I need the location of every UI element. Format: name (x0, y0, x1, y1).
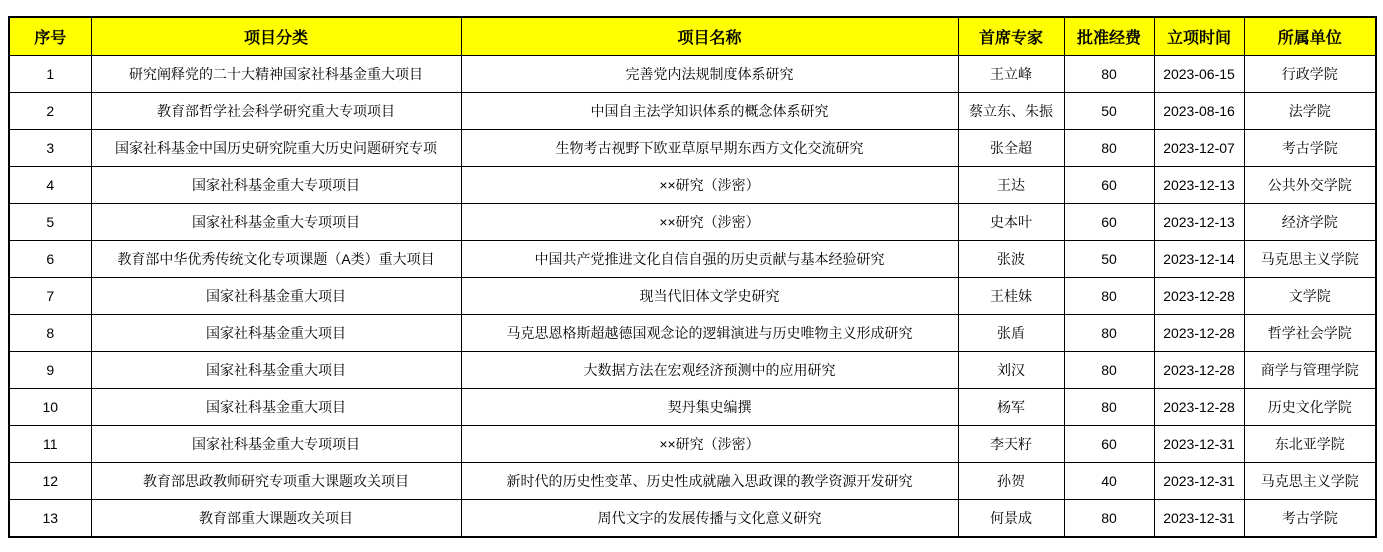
cell-category: 国家社科基金中国历史研究院重大历史问题研究专项 (91, 130, 461, 167)
table-body: 1研究阐释党的二十大精神国家社科基金重大项目完善党内法规制度体系研究王立峰802… (9, 56, 1376, 538)
cell-category: 国家社科基金重大专项项目 (91, 204, 461, 241)
cell-expert: 何景成 (958, 500, 1064, 538)
cell-name: 中国共产党推进文化自信自强的历史贡献与基本经验研究 (461, 241, 958, 278)
cell-category: 研究阐释党的二十大精神国家社科基金重大项目 (91, 56, 461, 93)
cell-expert: 张盾 (958, 315, 1064, 352)
table-row: 6教育部中华优秀传统文化专项课题（A类）重大项目中国共产党推进文化自信自强的历史… (9, 241, 1376, 278)
cell-expert: 王桂妹 (958, 278, 1064, 315)
cell-index: 11 (9, 426, 91, 463)
cell-name: 马克思恩格斯超越德国观念论的逻辑演进与历史唯物主义形成研究 (461, 315, 958, 352)
cell-index: 4 (9, 167, 91, 204)
col-header-name: 项目名称 (461, 17, 958, 56)
cell-expert: 王立峰 (958, 56, 1064, 93)
col-header-category: 项目分类 (91, 17, 461, 56)
cell-category: 国家社科基金重大项目 (91, 315, 461, 352)
cell-index: 5 (9, 204, 91, 241)
cell-index: 9 (9, 352, 91, 389)
cell-date: 2023-12-28 (1154, 278, 1244, 315)
cell-unit: 历史文化学院 (1244, 389, 1376, 426)
cell-date: 2023-12-07 (1154, 130, 1244, 167)
cell-name: 现当代旧体文学史研究 (461, 278, 958, 315)
cell-index: 12 (9, 463, 91, 500)
cell-index: 8 (9, 315, 91, 352)
cell-index: 3 (9, 130, 91, 167)
projects-table: 序号 项目分类 项目名称 首席专家 批准经费 立项时间 所属单位 1研究阐释党的… (8, 16, 1377, 538)
cell-unit: 马克思主义学院 (1244, 463, 1376, 500)
table-row: 8国家社科基金重大项目马克思恩格斯超越德国观念论的逻辑演进与历史唯物主义形成研究… (9, 315, 1376, 352)
cell-expert: 李天籽 (958, 426, 1064, 463)
cell-date: 2023-12-13 (1154, 204, 1244, 241)
cell-name: 中国自主法学知识体系的概念体系研究 (461, 93, 958, 130)
cell-date: 2023-06-15 (1154, 56, 1244, 93)
cell-date: 2023-12-13 (1154, 167, 1244, 204)
cell-unit: 商学与管理学院 (1244, 352, 1376, 389)
cell-unit: 法学院 (1244, 93, 1376, 130)
cell-date: 2023-08-16 (1154, 93, 1244, 130)
cell-date: 2023-12-28 (1154, 315, 1244, 352)
cell-date: 2023-12-28 (1154, 389, 1244, 426)
table-row: 12教育部思政教师研究专项重大课题攻关项目新时代的历史性变革、历史性成就融入思政… (9, 463, 1376, 500)
header-row: 序号 项目分类 项目名称 首席专家 批准经费 立项时间 所属单位 (9, 17, 1376, 56)
cell-unit: 马克思主义学院 (1244, 241, 1376, 278)
table-row: 4国家社科基金重大专项项目××研究（涉密）王达602023-12-13公共外交学… (9, 167, 1376, 204)
cell-funding: 80 (1064, 352, 1154, 389)
cell-name: 周代文字的发展传播与文化意义研究 (461, 500, 958, 538)
cell-unit: 哲学社会学院 (1244, 315, 1376, 352)
cell-category: 教育部中华优秀传统文化专项课题（A类）重大项目 (91, 241, 461, 278)
cell-name: 新时代的历史性变革、历史性成就融入思政课的教学资源开发研究 (461, 463, 958, 500)
cell-expert: 张全超 (958, 130, 1064, 167)
cell-unit: 经济学院 (1244, 204, 1376, 241)
cell-name: 完善党内法规制度体系研究 (461, 56, 958, 93)
cell-name: ××研究（涉密） (461, 426, 958, 463)
table-row: 11国家社科基金重大专项项目××研究（涉密）李天籽602023-12-31东北亚… (9, 426, 1376, 463)
cell-expert: 蔡立东、朱振 (958, 93, 1064, 130)
col-header-date: 立项时间 (1154, 17, 1244, 56)
cell-name: ××研究（涉密） (461, 204, 958, 241)
cell-expert: 孙贺 (958, 463, 1064, 500)
cell-date: 2023-12-31 (1154, 500, 1244, 538)
cell-category: 国家社科基金重大专项项目 (91, 426, 461, 463)
cell-date: 2023-12-31 (1154, 463, 1244, 500)
col-header-unit: 所属单位 (1244, 17, 1376, 56)
cell-expert: 史本叶 (958, 204, 1064, 241)
cell-funding: 80 (1064, 278, 1154, 315)
cell-unit: 东北亚学院 (1244, 426, 1376, 463)
table-row: 2教育部哲学社会科学研究重大专项项目中国自主法学知识体系的概念体系研究蔡立东、朱… (9, 93, 1376, 130)
cell-category: 教育部哲学社会科学研究重大专项项目 (91, 93, 461, 130)
cell-unit: 公共外交学院 (1244, 167, 1376, 204)
cell-date: 2023-12-31 (1154, 426, 1244, 463)
cell-category: 国家社科基金重大专项项目 (91, 167, 461, 204)
cell-funding: 80 (1064, 56, 1154, 93)
cell-date: 2023-12-14 (1154, 241, 1244, 278)
cell-unit: 行政学院 (1244, 56, 1376, 93)
cell-funding: 60 (1064, 167, 1154, 204)
cell-category: 国家社科基金重大项目 (91, 278, 461, 315)
cell-funding: 80 (1064, 500, 1154, 538)
cell-expert: 杨军 (958, 389, 1064, 426)
cell-index: 1 (9, 56, 91, 93)
cell-index: 13 (9, 500, 91, 538)
cell-unit: 考古学院 (1244, 500, 1376, 538)
cell-funding: 40 (1064, 463, 1154, 500)
cell-name: 大数据方法在宏观经济预测中的应用研究 (461, 352, 958, 389)
table-row: 7国家社科基金重大项目现当代旧体文学史研究王桂妹802023-12-28文学院 (9, 278, 1376, 315)
cell-funding: 50 (1064, 93, 1154, 130)
table-row: 13教育部重大课题攻关项目周代文字的发展传播与文化意义研究何景成802023-1… (9, 500, 1376, 538)
cell-expert: 张波 (958, 241, 1064, 278)
cell-index: 10 (9, 389, 91, 426)
cell-unit: 文学院 (1244, 278, 1376, 315)
cell-category: 教育部重大课题攻关项目 (91, 500, 461, 538)
cell-funding: 80 (1064, 315, 1154, 352)
col-header-expert: 首席专家 (958, 17, 1064, 56)
cell-unit: 考古学院 (1244, 130, 1376, 167)
cell-funding: 60 (1064, 204, 1154, 241)
col-header-index: 序号 (9, 17, 91, 56)
table-row: 5国家社科基金重大专项项目××研究（涉密）史本叶602023-12-13经济学院 (9, 204, 1376, 241)
table-row: 9国家社科基金重大项目大数据方法在宏观经济预测中的应用研究刘汉802023-12… (9, 352, 1376, 389)
table-row: 10国家社科基金重大项目契丹集史编撰杨军802023-12-28历史文化学院 (9, 389, 1376, 426)
cell-funding: 50 (1064, 241, 1154, 278)
page: 序号 项目分类 项目名称 首席专家 批准经费 立项时间 所属单位 1研究阐释党的… (0, 0, 1383, 552)
cell-date: 2023-12-28 (1154, 352, 1244, 389)
col-header-funding: 批准经费 (1064, 17, 1154, 56)
cell-funding: 60 (1064, 426, 1154, 463)
cell-expert: 刘汉 (958, 352, 1064, 389)
cell-index: 2 (9, 93, 91, 130)
cell-category: 教育部思政教师研究专项重大课题攻关项目 (91, 463, 461, 500)
cell-funding: 80 (1064, 389, 1154, 426)
table-row: 3国家社科基金中国历史研究院重大历史问题研究专项生物考古视野下欧亚草原早期东西方… (9, 130, 1376, 167)
cell-expert: 王达 (958, 167, 1064, 204)
cell-index: 7 (9, 278, 91, 315)
cell-funding: 80 (1064, 130, 1154, 167)
cell-category: 国家社科基金重大项目 (91, 352, 461, 389)
cell-name: ××研究（涉密） (461, 167, 958, 204)
table-row: 1研究阐释党的二十大精神国家社科基金重大项目完善党内法规制度体系研究王立峰802… (9, 56, 1376, 93)
cell-name: 生物考古视野下欧亚草原早期东西方文化交流研究 (461, 130, 958, 167)
cell-index: 6 (9, 241, 91, 278)
cell-category: 国家社科基金重大项目 (91, 389, 461, 426)
cell-name: 契丹集史编撰 (461, 389, 958, 426)
